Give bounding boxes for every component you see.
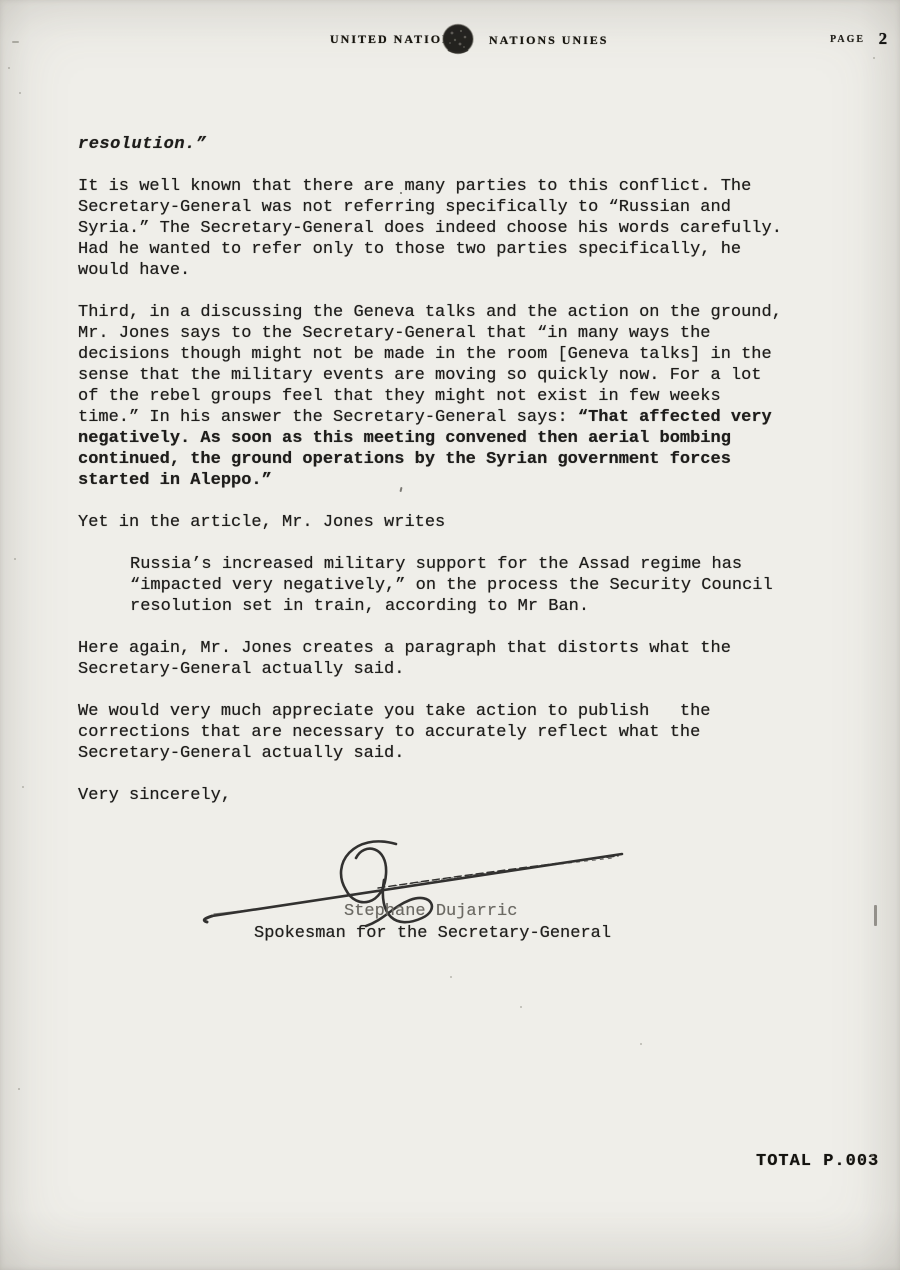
scan-speckle <box>14 558 16 560</box>
un-emblem-icon <box>440 23 476 62</box>
letterhead-right-text: NATIONS UNIES <box>489 33 608 48</box>
page-indicator: PAGE 2 <box>830 29 887 49</box>
scan-speckle <box>450 976 452 978</box>
block-quote: Russia’s increased military support for … <box>78 554 802 617</box>
scan-speckle <box>8 67 10 69</box>
paragraph-4: Here again, Mr. Jones creates a paragrap… <box>78 638 802 680</box>
scan-speckle <box>871 1154 874 1157</box>
scan-speckle <box>12 41 19 43</box>
scan-speckle <box>640 1043 642 1045</box>
letter-body: resolution.” It is well known that there… <box>78 134 802 827</box>
signature-title: Spokesman for the Secretary-General <box>254 923 611 944</box>
opening-fragment: resolution.” <box>78 134 802 155</box>
closing-salutation: Very sincerely, <box>78 785 802 806</box>
scan-speckle <box>22 786 24 788</box>
scan-speckle <box>400 192 402 194</box>
paragraph-1: It is well known that there are many par… <box>78 176 802 281</box>
fax-total-indicator: TOTAL P.003 <box>756 1152 879 1171</box>
scan-tick-mark <box>874 905 877 926</box>
scan-speckle <box>19 92 21 94</box>
page-label: PAGE <box>830 34 865 45</box>
scan-speckle <box>873 57 875 59</box>
paragraph-2: Third, in a discussing the Geneva talks … <box>78 302 802 491</box>
paragraph-5: We would very much appreciate you take a… <box>78 701 802 764</box>
scan-speckle <box>520 1006 522 1008</box>
scanned-letter-page: UNITED NATIONS NATIONS UNIES PAGE 2 reso… <box>0 0 900 1270</box>
signature-name: Stephane Dujarric <box>344 901 517 922</box>
scan-speckle <box>18 1088 20 1090</box>
paragraph-3: Yet in the article, Mr. Jones writes <box>78 512 802 533</box>
page-number: 2 <box>879 29 888 48</box>
